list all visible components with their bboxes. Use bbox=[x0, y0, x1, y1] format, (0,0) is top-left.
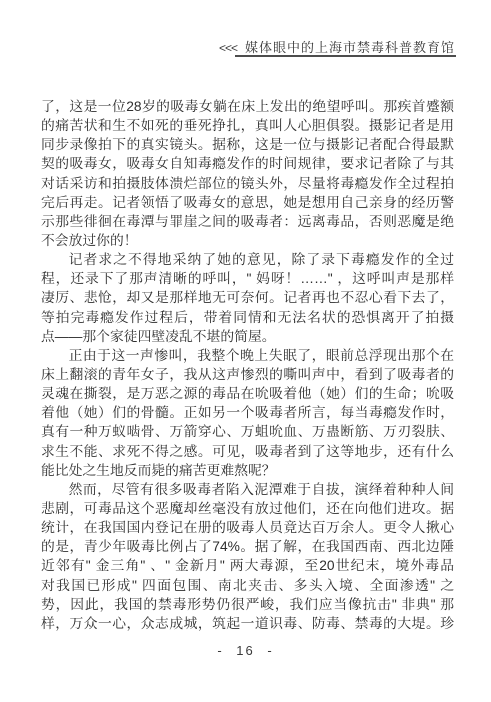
text-line: 示那些徘徊在毒潭与罪崖之间的吸毒者：远离毒品，否则恶魔是绝 bbox=[41, 212, 454, 231]
text-line: 等拍完毒瘾发作过程后，带着同情和无法名状的恐惧离开了拍摄 bbox=[41, 308, 454, 327]
text-line: 近邻有" 金三角" 、" 金新月" 两大毒源，至20世纪末，境外毒品 bbox=[41, 556, 454, 575]
text-line: 契的吸毒女，吸毒女自知毒瘾发作的时间规律，要求记者除了与其 bbox=[41, 154, 454, 173]
chevrons-marker-icon: <<< bbox=[219, 41, 237, 55]
text-line: 记者求之不得地采纳了她的意见，除了录下毒瘾发作的全过 bbox=[41, 250, 454, 269]
text-line: 凄厉、悲怆，却又是那样地无可奈何。记者再也不忍心看下去了， bbox=[41, 288, 454, 307]
page-number: - 16 - bbox=[0, 643, 491, 658]
text-line: 灵魂在撕裂，是万恶之源的毒品在吮吸着他（她）们的生命；吮吸 bbox=[41, 384, 454, 403]
text-line: 然而，尽管有很多吸毒者陷入泥潭难于自拔，演绎着种种人间 bbox=[41, 480, 454, 499]
text-line: 床上翻滚的青年女子，我从这声惨烈的嘶叫声中，看到了吸毒者的 bbox=[41, 365, 454, 384]
text-line: 对我国已形成" 四面包围、南北夹击、多头入境、全面渗透" 之 bbox=[41, 576, 454, 595]
text-line: 着他（她）们的骨髓。正如另一个吸毒者所言，每当毒瘾发作时， bbox=[41, 403, 454, 422]
text-line: 样，万众一心，众志成城，筑起一道识毒、防毒、禁毒的大堤。珍 bbox=[41, 614, 454, 633]
text-line: 的是，青少年吸毒比例占了74%。据了解，在我国西南、西北边陲 bbox=[41, 537, 454, 556]
header-rule-divider bbox=[235, 55, 456, 57]
text-line: 统计，在我国国内登记在册的吸毒人员竟达百万余人。更令人揪心 bbox=[41, 518, 454, 537]
text-line: 对话采访和拍摄肢体溃烂部位的镜头外，尽量将毒瘾发作全过程拍 bbox=[41, 174, 454, 193]
text-line: 点——那个家徒四壁凌乱不堪的简屋。 bbox=[41, 327, 454, 346]
running-head: <<<媒体眼中的上海市禁毒科普教育馆 bbox=[41, 37, 455, 56]
text-line: 求生不能、求死不得之感。可见，吸毒者到了这等地步，还有什么 bbox=[41, 442, 454, 461]
text-line: 势，因此，我国的禁毒形势仍很严峻，我们应当像抗击" 非典" 那 bbox=[41, 595, 454, 614]
text-line: 正由于这一声惨叫，我整个晚上失眠了，眼前总浮现出那个在 bbox=[41, 346, 454, 365]
text-line: 了，这是一位28岁的吸毒女躺在床上发出的绝望呼叫。那疾首蹙额 bbox=[41, 97, 454, 116]
text-line: 同步录像拍下的真实镜头。据称，这是一位与摄影记者配合得最默 bbox=[41, 135, 454, 154]
body-text: 了，这是一位28岁的吸毒女躺在床上发出的绝望呼叫。那疾首蹙额的痛苦状和生不如死的… bbox=[41, 97, 454, 633]
text-line: 悲剧，可毒品这个恶魔却丝毫没有放过他们，还在向他们进攻。据 bbox=[41, 499, 454, 518]
text-line: 能比处之生地反而毙的痛苦更难熬呢？ bbox=[41, 461, 454, 480]
book-page: <<<媒体眼中的上海市禁毒科普教育馆 了，这是一位28岁的吸毒女躺在床上发出的绝… bbox=[0, 0, 491, 702]
text-line: 的痛苦状和生不如死的垂死挣扎，真叫人心胆俱裂。摄影记者是用 bbox=[41, 116, 454, 135]
text-line: 不会放过你的！ bbox=[41, 231, 454, 250]
text-line: 真有一种万蚁啮骨、万箭穿心、万蛆吮血、万蛊断筋、万刃裂肤、 bbox=[41, 422, 454, 441]
text-line: 完后再走。记者领悟了吸毒女的意思，她是想用自己亲身的经历警 bbox=[41, 193, 454, 212]
text-line: 程，还录下了那声清晰的呼叫，" 妈呀！……" ，这呼叫声是那样 bbox=[41, 269, 454, 288]
running-head-title: 媒体眼中的上海市禁毒科普教育馆 bbox=[245, 40, 455, 55]
